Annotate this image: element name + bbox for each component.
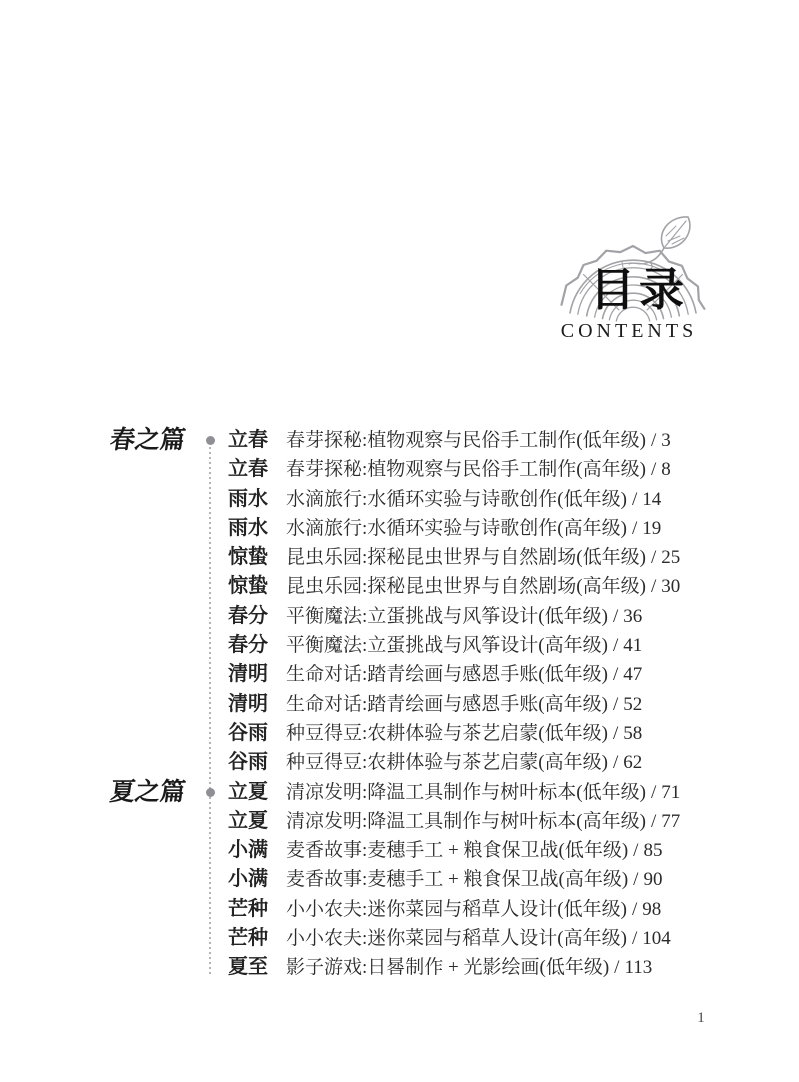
entry-page-number: 58 bbox=[623, 723, 642, 744]
entry-title: 平衡魔法:立蛋挑战与风筝设计(低年级) bbox=[286, 606, 608, 627]
solar-term-label: 小满 bbox=[228, 865, 272, 894]
page-number: 1 bbox=[688, 1010, 714, 1027]
solar-term-label: 惊蛰 bbox=[228, 572, 272, 601]
toc-list: 立春春芽探秘:植物观察与民俗手工制作(低年级)/3立春春芽探秘:植物观察与民俗手… bbox=[228, 426, 688, 983]
entry-page-number: 62 bbox=[623, 752, 642, 773]
toc-entry: 谷雨种豆得豆:农耕体验与茶艺启蒙(低年级)/58 bbox=[228, 719, 688, 748]
section-label: 春之篇 bbox=[108, 426, 208, 456]
toc-entry: 立春春芽探秘:植物观察与民俗手工制作(低年级)/3 bbox=[228, 426, 688, 455]
toc-entry: 春分平衡魔法:立蛋挑战与风筝设计(低年级)/36 bbox=[228, 602, 688, 631]
toc-entry: 惊蛰昆虫乐园:探秘昆虫世界与自然剧场(高年级)/30 bbox=[228, 572, 688, 601]
solar-term-label: 惊蛰 bbox=[228, 543, 272, 572]
toc-entry: 小满麦香故事:麦穗手工 + 粮食保卫战(低年级)/85 bbox=[228, 836, 688, 865]
entry-separator: / bbox=[628, 869, 643, 890]
solar-term-label: 春分 bbox=[228, 631, 272, 660]
toc-subtitle: CONTENTS bbox=[548, 320, 710, 343]
contents-logo: 目录 CONTENTS bbox=[548, 212, 710, 352]
solar-term-label: 夏至 bbox=[228, 953, 272, 982]
entry-separator: / bbox=[627, 489, 642, 510]
entry-title: 春芽探秘:植物观察与民俗手工制作(高年级) bbox=[286, 459, 646, 480]
solar-term-label: 雨水 bbox=[228, 514, 272, 543]
entry-page-number: 41 bbox=[623, 635, 642, 656]
entry-title: 影子游戏:日晷制作 + 光影绘画(低年级) bbox=[286, 957, 609, 978]
entry-title: 平衡魔法:立蛋挑战与风筝设计(高年级) bbox=[286, 635, 608, 656]
entry-title: 生命对话:踏青绘画与感恩手账(高年级) bbox=[286, 694, 608, 715]
entry-separator: / bbox=[646, 811, 661, 832]
entry-title: 小小农夫:迷你菜园与稻草人设计(高年级) bbox=[286, 928, 627, 949]
toc-entry: 芒种小小农夫:迷你菜园与稻草人设计(低年级)/98 bbox=[228, 895, 688, 924]
solar-term-label: 清明 bbox=[228, 660, 272, 689]
toc-entry: 雨水水滴旅行:水循环实验与诗歌创作(低年级)/14 bbox=[228, 485, 688, 514]
toc-entry: 立夏清凉发明:降温工具制作与树叶标本(低年级)/71 bbox=[228, 778, 688, 807]
entry-page-number: 52 bbox=[623, 694, 642, 715]
entry-title: 清凉发明:降温工具制作与树叶标本(高年级) bbox=[286, 811, 646, 832]
entry-page-number: 71 bbox=[661, 782, 680, 803]
entry-separator: / bbox=[646, 430, 661, 451]
solar-term-label: 谷雨 bbox=[228, 748, 272, 777]
toc-entry: 立夏清凉发明:降温工具制作与树叶标本(高年级)/77 bbox=[228, 807, 688, 836]
toc-page: 目录 CONTENTS 春之篇夏之篇 立春春芽探秘:植物观察与民俗手工制作(低年… bbox=[0, 0, 799, 1082]
section-bullet bbox=[206, 436, 215, 445]
entry-separator: / bbox=[628, 840, 643, 861]
section-bullet bbox=[206, 788, 215, 797]
solar-term-label: 雨水 bbox=[228, 485, 272, 514]
solar-term-label: 谷雨 bbox=[228, 719, 272, 748]
entry-page-number: 36 bbox=[623, 606, 642, 627]
entry-separator: / bbox=[646, 459, 661, 480]
toc-entry: 立春春芽探秘:植物观察与民俗手工制作(高年级)/8 bbox=[228, 455, 688, 484]
solar-term-label: 春分 bbox=[228, 602, 272, 631]
entry-separator: / bbox=[608, 752, 623, 773]
toc-entry: 夏至影子游戏:日晷制作 + 光影绘画(低年级)/113 bbox=[228, 953, 688, 982]
entry-title: 昆虫乐园:探秘昆虫世界与自然剧场(高年级) bbox=[286, 576, 646, 597]
toc-entry: 谷雨种豆得豆:农耕体验与茶艺启蒙(高年级)/62 bbox=[228, 748, 688, 777]
entry-title: 麦香故事:麦穗手工 + 粮食保卫战(低年级) bbox=[286, 840, 628, 861]
entry-title: 清凉发明:降温工具制作与树叶标本(低年级) bbox=[286, 782, 646, 803]
entry-separator: / bbox=[646, 547, 661, 568]
toc-entry: 小满麦香故事:麦穗手工 + 粮食保卫战(高年级)/90 bbox=[228, 865, 688, 894]
entry-page-number: 113 bbox=[624, 957, 652, 978]
solar-term-label: 芒种 bbox=[228, 895, 272, 924]
solar-term-label: 清明 bbox=[228, 690, 272, 719]
entry-title: 种豆得豆:农耕体验与茶艺启蒙(低年级) bbox=[286, 723, 608, 744]
entry-title: 麦香故事:麦穗手工 + 粮食保卫战(高年级) bbox=[286, 869, 628, 890]
dotted-divider bbox=[209, 437, 211, 977]
entry-separator: / bbox=[608, 606, 623, 627]
entry-separator: / bbox=[646, 782, 661, 803]
solar-term-label: 立春 bbox=[228, 455, 272, 484]
entry-separator: / bbox=[608, 723, 623, 744]
entry-separator: / bbox=[608, 664, 623, 685]
entry-page-number: 8 bbox=[661, 459, 671, 480]
entry-title: 生命对话:踏青绘画与感恩手账(低年级) bbox=[286, 664, 608, 685]
toc-entry: 惊蛰昆虫乐园:探秘昆虫世界与自然剧场(低年级)/25 bbox=[228, 543, 688, 572]
solar-term-label: 芒种 bbox=[228, 924, 272, 953]
entry-title: 水滴旅行:水循环实验与诗歌创作(高年级) bbox=[286, 518, 627, 539]
entry-separator: / bbox=[627, 928, 642, 949]
toc-entry: 芒种小小农夫:迷你菜园与稻草人设计(高年级)/104 bbox=[228, 924, 688, 953]
entry-title: 小小农夫:迷你菜园与稻草人设计(低年级) bbox=[286, 899, 627, 920]
entry-page-number: 3 bbox=[661, 430, 671, 451]
entry-page-number: 90 bbox=[643, 869, 662, 890]
entry-separator: / bbox=[609, 957, 624, 978]
entry-title: 昆虫乐园:探秘昆虫世界与自然剧场(低年级) bbox=[286, 547, 646, 568]
toc-entry: 清明生命对话:踏青绘画与感恩手账(低年级)/47 bbox=[228, 660, 688, 689]
entry-separator: / bbox=[627, 518, 642, 539]
solar-term-label: 立夏 bbox=[228, 807, 272, 836]
entry-page-number: 14 bbox=[642, 489, 661, 510]
entry-separator: / bbox=[608, 694, 623, 715]
entry-title: 水滴旅行:水循环实验与诗歌创作(低年级) bbox=[286, 489, 627, 510]
entry-separator: / bbox=[627, 899, 642, 920]
entry-page-number: 30 bbox=[661, 576, 680, 597]
section-label: 夏之篇 bbox=[108, 778, 208, 808]
toc-entry: 春分平衡魔法:立蛋挑战与风筝设计(高年级)/41 bbox=[228, 631, 688, 660]
toc-entry: 清明生命对话:踏青绘画与感恩手账(高年级)/52 bbox=[228, 690, 688, 719]
toc-title: 目录 bbox=[590, 265, 688, 315]
entry-page-number: 77 bbox=[661, 811, 680, 832]
entry-title: 种豆得豆:农耕体验与茶艺启蒙(高年级) bbox=[286, 752, 608, 773]
entry-title: 春芽探秘:植物观察与民俗手工制作(低年级) bbox=[286, 430, 646, 451]
entry-page-number: 85 bbox=[643, 840, 662, 861]
entry-page-number: 98 bbox=[642, 899, 661, 920]
entry-page-number: 104 bbox=[642, 928, 671, 949]
entry-separator: / bbox=[608, 635, 623, 656]
toc-entry: 雨水水滴旅行:水循环实验与诗歌创作(高年级)/19 bbox=[228, 514, 688, 543]
entry-page-number: 25 bbox=[661, 547, 680, 568]
entry-page-number: 47 bbox=[623, 664, 642, 685]
entry-separator: / bbox=[646, 576, 661, 597]
solar-term-label: 立夏 bbox=[228, 778, 272, 807]
solar-term-label: 立春 bbox=[228, 426, 272, 455]
entry-page-number: 19 bbox=[642, 518, 661, 539]
solar-term-label: 小满 bbox=[228, 836, 272, 865]
